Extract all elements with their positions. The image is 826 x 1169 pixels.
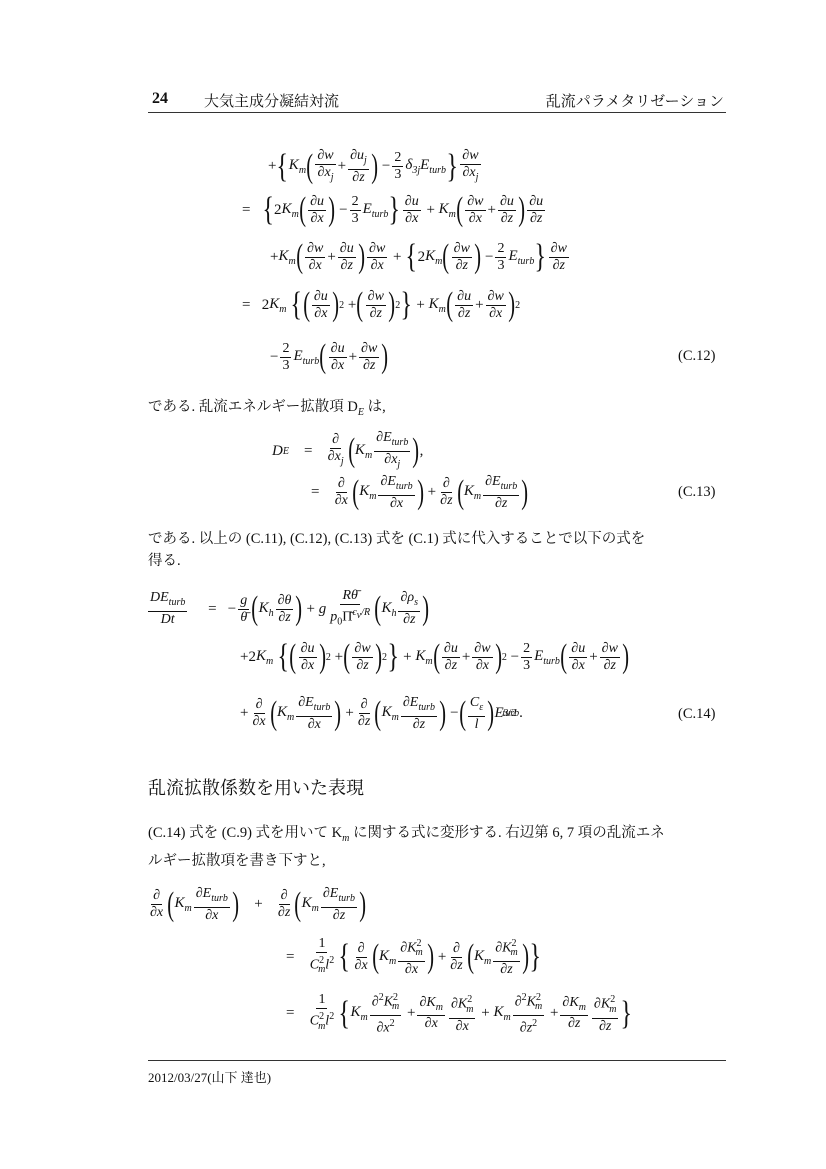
para1-text: である. 乱流エネルギー拡散項 D [148,399,358,415]
para3-line1-end: に関する式に変形する. 右辺第 6, 7 項の乱流エネ [349,825,664,841]
eq-c12-line5: −23Eturb(∂u∂x+∂w∂z) [270,340,389,374]
section-title: 乱流パラメタリゼーション [546,90,724,111]
paragraph-1: である. 乱流エネルギー拡散項 DE は, [148,396,386,424]
para2-line1: である. 以上の (C.11), (C.12), (C.13) 式を (C.1)… [148,528,730,550]
page-footer: 2012/03/27(山下 達也) [148,1060,726,1086]
eq-c12-line1: +{Km( ∂w∂xj+ ∂uj∂z) − 23δ3jEturb} ∂w∂xj [268,148,483,186]
paragraph-2: である. 以上の (C.11), (C.12), (C.13) 式を (C.1)… [148,528,730,572]
eq-number-c13: (C.13) [678,484,715,501]
eq-c12-line2: = {2Km(∂u∂x) − 23Eturb} ∂u∂x + Km( ∂w∂x+… [242,193,547,227]
page-number: 24 [152,90,168,108]
para2-line2: 得る. [148,550,730,572]
eq-c13-lhs: D [272,443,283,460]
eq-number-c12: (C.12) [678,348,715,365]
eq-c12-line4: = 2Km {(∂u∂x)2 + (∂w∂z)2} + Km (∂u∂z+∂w∂… [242,288,520,322]
eq-c14-line1: DEturbDt = −gθ̄ (Kh∂θ∂z) + g Rθ̄p0Π̄cv/R… [146,588,429,630]
eq-c13-line2: = ∂∂x(Km∂Eturb∂x) + ∂∂z(Km∂Eturb∂z) [311,474,529,512]
page-header: 24 大気主成分凝結対流 乱流パラメタリゼーション [148,88,726,113]
eq-final-line2: = 1C2ml2{ Km∂2K2m∂x2 + ∂Km∂x∂K2m∂x + Km∂… [286,990,633,1037]
para3-line2: ルギー拡散項を書き下すと, [148,850,730,872]
eq-final-line1: = 1C2ml2{ ∂∂x(Km∂K2m∂x) + ∂∂z(Km∂K2m∂z)} [286,936,541,978]
chapter-title: 大気主成分凝結対流 [204,90,339,111]
eq-c13-lhs-sub: E [283,446,289,457]
footer-text: 2012/03/27(山下 達也) [148,1070,271,1085]
paragraph-3: (C.14) 式を (C.9) 式を用いて Km に関する式に変形する. 右辺第… [148,822,730,872]
para3-line1: (C.14) 式を (C.9) 式を用いて K [148,825,342,841]
section-heading: 乱流拡散係数を用いた表現 [148,774,364,800]
eq-c14-line3: +∂∂x(Km∂Eturb∂x) + ∂∂z(Km∂Eturb∂z) − (Cε… [240,695,523,733]
eq-final-lhs: ∂∂x(Km∂Eturb∂x) + ∂∂z(Km∂Eturb∂z) [146,886,366,924]
eq-number-c14: (C.14) [678,706,715,723]
eq-c12-line3: +Km(∂w∂x+∂u∂z) ∂w∂x + {2Km(∂w∂z) − 23Etu… [270,240,571,274]
eq-c13-line1: DE = ∂∂xj(Km∂Eturb∂xj), [272,430,423,473]
eq-c14-line2: +2Km {(∂u∂x)2 + (∂w∂z)2} + Km (∂u∂z+∂w∂x… [240,640,629,674]
para1-end: は, [364,399,386,415]
